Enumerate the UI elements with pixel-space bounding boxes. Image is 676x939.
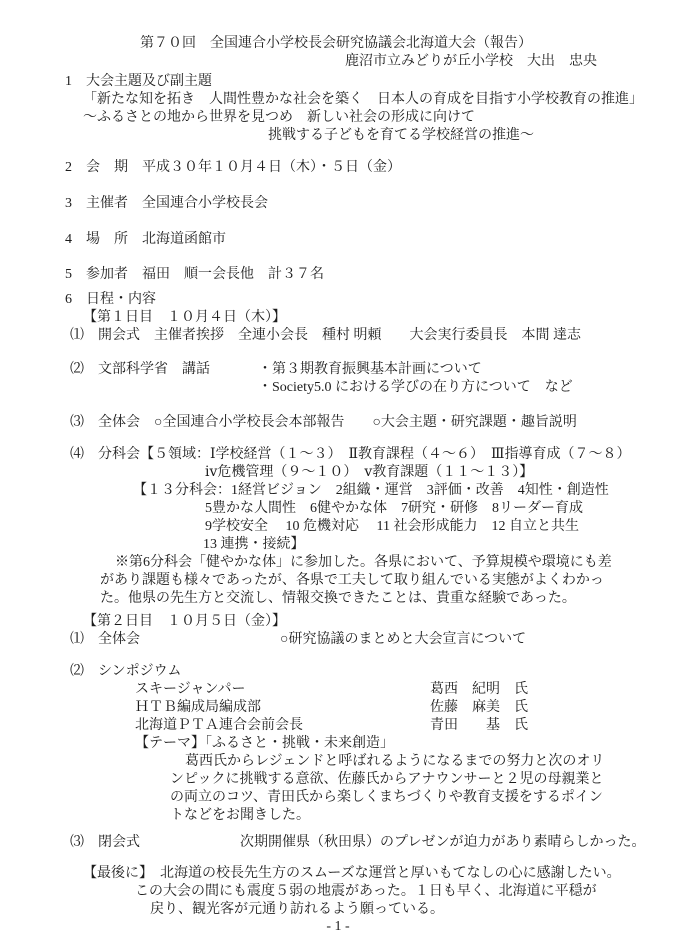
section-6-heading: 6 日程・内容 (65, 292, 156, 308)
day2-item-3-closing-right-text: 次期開催県（秋田県）のプレゼンが迫力があり素晴らしかった。 (240, 835, 645, 851)
closing-remarks-2-text: この大会の間にも震度５弱の地震があった。１日も早く、北海道に平穏が (135, 884, 597, 899)
day1-item-3-plenary-text: ⑶ 全体会 ○全国連合小学校長会本部報告 ○大会主題・研究課題・趣旨説明 (70, 415, 577, 430)
subcommittee-list-3-text: 9学校安全 10 危機対応 11 社会形成能力 12 自立と共生 (205, 519, 579, 534)
symposium-summary-1: 葛西氏からレジェンドと呼ばれるようになるまでの努力と次のオリ (185, 754, 604, 770)
section-4-venue-text: 4 場 所 北海道函館市 (65, 232, 226, 247)
symposium-summary-2: ンピックに挑戦する意欲、佐藤氏からアナウンサーと２児の母親業と (170, 772, 603, 788)
day1-item-2-mext-talk-text: ⑵ 文部科学省 講話 (70, 362, 210, 377)
note-paragraph-1: ※第6分科会「健やかな体」に参加した。各県において、予算規模や環境にも差 (115, 555, 612, 571)
day2-item-3-closing: ⑶ 閉会式次期開催県（秋田県）のプレゼンが迫力があり素晴らしかった。 (70, 835, 140, 851)
page-number: - 1 - (0, 919, 676, 935)
symposium-summary-2-text: ンピックに挑戦する意欲、佐藤氏からアナウンサーと２児の母親業と (170, 772, 603, 787)
day1-heading-text: 【第１日目 １０月４日（木）】 (83, 310, 286, 325)
day1-item-1-opening: ⑴ 開会式 主催者挨拶 全連小会長 種村 明頼 大会実行委員長 本間 達志 (70, 328, 581, 344)
subcommittee-list-2: 5豊かな人間性 6健やかな体 7研究・研修 8リーダー育成 (205, 501, 583, 517)
theme-sub-2-text: 挑戦する子どもを育てる学校経営の推進～ (268, 128, 534, 143)
report-title-text: 第７０回 全国連合小学校長会研究協議会北海道大会（報告） (140, 36, 532, 51)
day2-item-2-symposium-text: ⑵ シンポジウム (70, 664, 182, 679)
section-5-participants: 5 参加者 福田 順一会長他 計３７名 (65, 267, 324, 283)
section-4-venue: 4 場 所 北海道函館市 (65, 232, 226, 248)
document-page: 第７０回 全国連合小学校長会研究協議会北海道大会（報告）鹿沼市立みどりが丘小学校… (0, 0, 676, 939)
symposium-summary-3-text: の両立のコツ、青田氏から楽しくまちづくりや教育支援をするポイン (170, 790, 603, 805)
note-paragraph-2-text: があり課題も様々であったが、各県で工夫して取り組んでいる実態がよくわかっ (100, 573, 604, 588)
section-2-dates-text: 2 会 期 平成３０年１０月４日（木）・５日（金） (65, 160, 401, 175)
theme-main-text: 「新たな知を拓き 人間性豊かな社会を築く 日本人の育成を目指す小学校教育の推進」 (83, 92, 643, 107)
day1-item-4-subcommittees: ⑷ 分科会【５領域：Ⅰ学校経営（１～３） Ⅱ教育課程（４～６） Ⅲ指導育成（７～… (70, 447, 631, 463)
day2-item-1-plenary-text: ⑴ 全体会 (70, 632, 140, 647)
day2-item-1-plenary: ⑴ 全体会○研究協議のまとめと大会宣言について (70, 632, 140, 648)
symposium-summary-4-text: トなどをお聞きした。 (170, 808, 310, 823)
symposium-summary-4: トなどをお聞きした。 (170, 808, 310, 824)
closing-remarks-3: 戻り、観光客が元通り訪れるよう願っている。 (150, 902, 444, 918)
section-5-participants-text: 5 参加者 福田 順一会長他 計３７名 (65, 267, 324, 282)
day1-item-2-mext-talk: ⑵ 文部科学省 講話・第３期教育振興基本計画について (70, 362, 210, 378)
symposium-theme: 【テーマ】「ふるさと・挑戦・未来創造」 (135, 736, 394, 752)
day2-heading-text: 【第２日目 １０月５日（金）】 (83, 614, 286, 629)
speaker-3: 北海道ＰＴＡ連合会前会長青田 基 氏 (135, 718, 303, 734)
day1-item-4-subcommittees-cont-text: ⅳ危機管理（９～１０） ⅴ教育課題（１１～１３）】 (205, 465, 533, 480)
theme-main: 「新たな知を拓き 人間性豊かな社会を築く 日本人の育成を目指す小学校教育の推進」 (83, 92, 643, 108)
day2-item-1-plenary-right-text: ○研究協議のまとめと大会宣言について (280, 632, 526, 648)
report-title: 第７０回 全国連合小学校長会研究協議会北海道大会（報告） (140, 36, 532, 52)
day1-heading: 【第１日目 １０月４日（木）】 (83, 310, 286, 326)
day1-item-2-mext-talk-right-text: ・第３期教育振興基本計画について (258, 362, 482, 378)
speaker-3-right-text: 青田 基 氏 (430, 718, 528, 734)
section-3-organizer-text: 3 主催者 全国連合小学校長会 (65, 196, 268, 211)
day2-item-2-symposium: ⑵ シンポジウム (70, 664, 182, 680)
section-3-organizer: 3 主催者 全国連合小学校長会 (65, 196, 268, 212)
day2-item-3-closing-text: ⑶ 閉会式 (70, 835, 140, 850)
closing-remarks-1-text: 【最後に】 北海道の校長先生方のスムーズな運営と厚いもてなしの心に感謝したい。 (83, 866, 621, 881)
day1-item-2-mext-talk-cont: ・Society5.0 における学びの在り方について など (258, 380, 573, 396)
section-1-heading-text: 1 大会主題及び副主題 (65, 74, 212, 89)
byline-text: 鹿沼市立みどりが丘小学校 大出 忠央 (345, 54, 597, 69)
note-paragraph-1-text: ※第6分科会「健やかな体」に参加した。各県において、予算規模や環境にも差 (115, 555, 612, 570)
day1-item-2-mext-talk-cont-text: ・Society5.0 における学びの在り方について など (258, 380, 573, 395)
subcommittee-list-1-text: 【１３分科会：1経営ビジョン 2組織・運営 3評価・改善 4知性・創造性 (133, 483, 609, 498)
subcommittee-list-1: 【１３分科会：1経営ビジョン 2組織・運営 3評価・改善 4知性・創造性 (133, 483, 609, 499)
section-2-dates: 2 会 期 平成３０年１０月４日（木）・５日（金） (65, 160, 401, 176)
section-1-heading: 1 大会主題及び副主題 (65, 74, 212, 90)
subcommittee-list-3: 9学校安全 10 危機対応 11 社会形成能力 12 自立と共生 (205, 519, 579, 535)
subcommittee-list-4: 13 連携・接続】 (203, 537, 305, 553)
day1-item-4-subcommittees-cont: ⅳ危機管理（９～１０） ⅴ教育課題（１１～１３）】 (205, 465, 533, 481)
theme-sub-1-text: ～ふるさとの地から世界を見つめ 新しい社会の形成に向けて (83, 110, 475, 125)
speaker-1-text: スキージャンパー (135, 682, 245, 697)
subcommittee-list-2-text: 5豊かな人間性 6健やかな体 7研究・研修 8リーダー育成 (205, 501, 583, 516)
section-6-heading-text: 6 日程・内容 (65, 292, 156, 307)
speaker-2-right-text: 佐藤 麻美 氏 (430, 700, 528, 716)
theme-sub-1: ～ふるさとの地から世界を見つめ 新しい社会の形成に向けて (83, 110, 475, 126)
symposium-summary-3: の両立のコツ、青田氏から楽しくまちづくりや教育支援をするポイン (170, 790, 603, 806)
closing-remarks-3-text: 戻り、観光客が元通り訪れるよう願っている。 (150, 902, 444, 917)
speaker-3-text: 北海道ＰＴＡ連合会前会長 (135, 718, 303, 733)
note-paragraph-2: があり課題も様々であったが、各県で工夫して取り組んでいる実態がよくわかっ (100, 573, 604, 589)
byline: 鹿沼市立みどりが丘小学校 大出 忠央 (345, 54, 597, 70)
day2-heading: 【第２日目 １０月５日（金）】 (83, 614, 286, 630)
speaker-2: ＨＴＢ編成局編成部佐藤 麻美 氏 (135, 700, 261, 716)
note-paragraph-3-text: た。他県の先生方と交流し、情報交換できたことは、貴重な経験であった。 (100, 591, 576, 606)
theme-sub-2: 挑戦する子どもを育てる学校経営の推進～ (268, 128, 534, 144)
speaker-2-text: ＨＴＢ編成局編成部 (135, 700, 261, 715)
speaker-1-right-text: 葛西 紀明 氏 (430, 682, 528, 698)
closing-remarks-1: 【最後に】 北海道の校長先生方のスムーズな運営と厚いもてなしの心に感謝したい。 (83, 866, 621, 882)
day1-item-3-plenary: ⑶ 全体会 ○全国連合小学校長会本部報告 ○大会主題・研究課題・趣旨説明 (70, 415, 577, 431)
subcommittee-list-4-text: 13 連携・接続】 (203, 537, 305, 552)
speaker-1: スキージャンパー葛西 紀明 氏 (135, 682, 245, 698)
symposium-summary-1-text: 葛西氏からレジェンドと呼ばれるようになるまでの努力と次のオリ (185, 754, 604, 769)
note-paragraph-3: た。他県の先生方と交流し、情報交換できたことは、貴重な経験であった。 (100, 591, 576, 607)
page-number-text: - 1 - (326, 919, 349, 934)
closing-remarks-2: この大会の間にも震度５弱の地震があった。１日も早く、北海道に平穏が (135, 884, 597, 900)
symposium-theme-text: 【テーマ】「ふるさと・挑戦・未来創造」 (135, 736, 394, 751)
day1-item-1-opening-text: ⑴ 開会式 主催者挨拶 全連小会長 種村 明頼 大会実行委員長 本間 達志 (70, 328, 581, 343)
day1-item-4-subcommittees-text: ⑷ 分科会【５領域：Ⅰ学校経営（１～３） Ⅱ教育課程（４～６） Ⅲ指導育成（７～… (70, 447, 631, 462)
